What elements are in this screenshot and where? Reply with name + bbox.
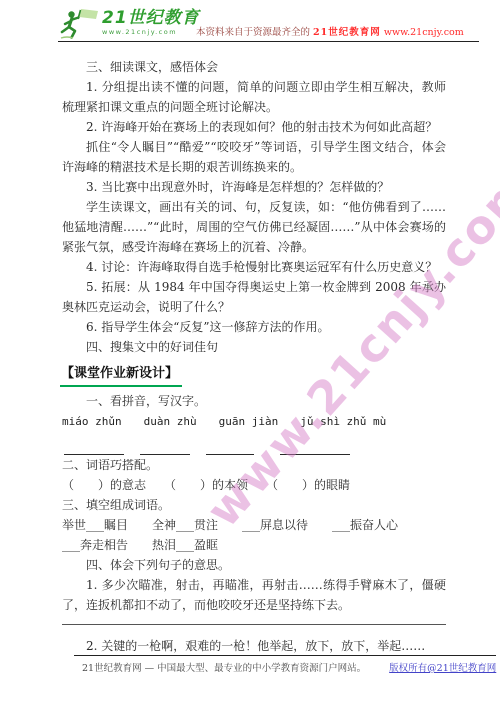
- paragraph: 抓住“令人瞩目”“酷爱”“咬咬牙”等词语，引导学生图文结合，体会许海峰的精湛技术…: [62, 137, 446, 177]
- paragraph: 2. 许海峰开始在赛场上的表现如何？他的射击技术为何如此高超？: [62, 117, 446, 137]
- notice-url: www.21cnjy.com: [384, 27, 464, 38]
- paragraph: 5. 拓展：从 1984 年中国夺得奥运史上第一枚金牌到 2008 年承办奥林匹…: [62, 277, 446, 317]
- page-footer: 21世纪教育网 — 中国最大型、最专业的中小学教育资源门户网站。 版权所有@21…: [82, 660, 496, 674]
- paragraph: 一、看拼音，写汉字。: [62, 391, 446, 411]
- paragraph: ___奔走相告 热泪___盈眶: [62, 535, 446, 555]
- writing-blanks: [62, 433, 446, 455]
- logo-brand: 21世纪教育: [102, 8, 200, 28]
- paragraph: 三、填空组成词语。: [62, 495, 446, 515]
- paragraph: 二、词语巧搭配。: [62, 455, 446, 475]
- paragraph: 学生读课文，画出有关的词、句，反复读，如：“他仿佛看到了……他猛地清醒……”“此…: [62, 197, 446, 257]
- paragraph: 2. 关键的一枪啊，艰难的一枪！他举起，放下，放下，举起……: [62, 636, 446, 656]
- logo-text: 21世纪教育 www.21cnjy.com: [102, 8, 200, 36]
- logo-tagline: www.21cnjy.com: [102, 28, 200, 36]
- notice-prefix: 本资料来自于资源最齐全的: [196, 27, 310, 38]
- header-notice: 本资料来自于资源最齐全的 21世纪教育网 www.21cnjy.com: [196, 24, 464, 38]
- header-divider: [58, 41, 479, 42]
- paragraph: 3. 当比赛中出现意外时，许海峰是怎样想的？怎样做的？: [62, 177, 446, 197]
- document-page: 21世纪教育 www.21cnjy.com 本资料来自于资源最齐全的 21世纪教…: [0, 0, 500, 707]
- pinyin-row: miáo zhǔnduàn zhùguān jiànjǔ shì zhǔ mù: [62, 411, 446, 433]
- paragraph: 四、搜集文中的好词佳句: [62, 337, 446, 357]
- paragraph: 1. 多少次瞄准，射击，再瞄准，再射击……练得手臂麻木了，僵硬了，连扳机都扣不动…: [62, 575, 446, 615]
- answer-line: [62, 615, 446, 625]
- paragraph: 举世___瞩目 全神___贯注 ___屏息以待 ___振奋人心: [62, 515, 446, 535]
- paragraph: 4. 讨论：许海峰取得自选手枪慢射比赛奥运冠军有什么历史意义？: [62, 257, 446, 277]
- paragraph: （ ）的意志 （ ）的本领 （ ）的眼睛: [62, 475, 446, 495]
- notice-site-name: 21世纪教育网: [313, 27, 381, 38]
- copyright-link[interactable]: 版权所有@21世纪教育网: [389, 663, 496, 674]
- paragraph: 6. 指导学生体会“反复”这一修辞方法的作用。: [62, 317, 446, 337]
- section-heading: 【课堂作业新设计】: [62, 362, 446, 387]
- paragraph: 1. 分组提出读不懂的问题，简单的问题立即由学生相互解决，教师梳理紧扣课文重点的…: [62, 77, 446, 117]
- footer-divider: [74, 655, 496, 656]
- site-logo: 21世纪教育 www.21cnjy.com: [60, 8, 200, 40]
- paragraph: 四、体会下列句子的意思。: [62, 555, 446, 575]
- document-content: 三、细读课文，感悟体会1. 分组提出读不懂的问题，简单的问题立即由学生相互解决，…: [62, 57, 446, 656]
- runner-flag-icon: [60, 8, 100, 40]
- footer-slogan: 21世纪教育网 — 中国最大型、最专业的中小学教育资源门户网站。: [82, 663, 366, 674]
- paragraph: 三、细读课文，感悟体会: [62, 57, 446, 77]
